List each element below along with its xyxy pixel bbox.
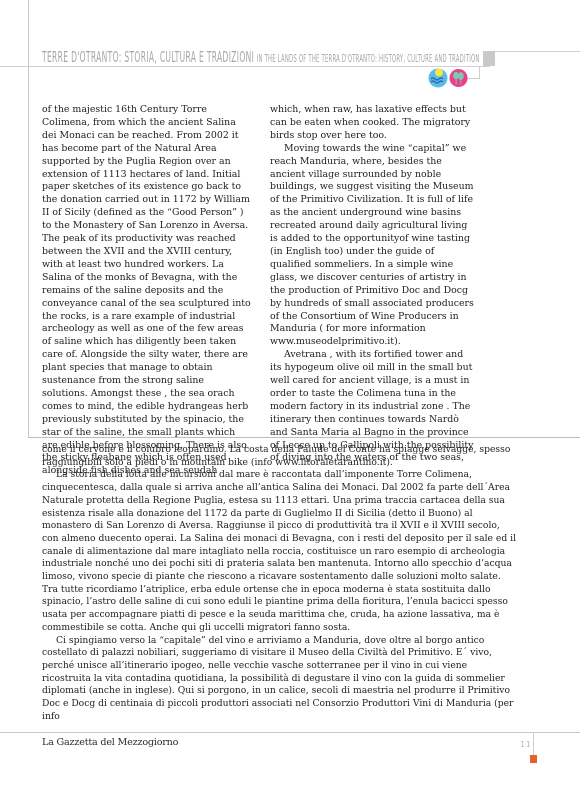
english-paragraph: of the majestic 16th Century Torre Colim… (42, 104, 252, 478)
header-title-english: IN THE LANDS OF THE TERRA D'OTRANTO: HIS… (257, 53, 480, 65)
sea-waves-icon (428, 68, 448, 88)
publication-name: La Gazzetta del Mezzogiorno (42, 737, 178, 748)
page-marker-square (530, 755, 537, 763)
footer-rule (0, 732, 580, 733)
header-gray-block (483, 51, 495, 66)
italian-paragraph: Ci spingiamo verso la “capitale” del vin… (42, 635, 517, 724)
section-divider (28, 437, 580, 438)
header-rule (0, 66, 490, 67)
english-column-right: which, when raw, has laxative effects bu… (270, 104, 475, 465)
header-title-italian: TERRE D'OTRANTO: STORIA, CULTURA E TRADI… (42, 48, 254, 66)
italian-article: come il cervone e il colubro leopardino.… (42, 444, 517, 723)
english-paragraph: Moving towards the wine “capital” we rea… (270, 143, 475, 350)
italian-paragraph: La storia della lotta alle incursioni da… (42, 469, 517, 634)
page-number: 11 (520, 740, 532, 749)
page-number-rule (533, 733, 534, 755)
icon-bracket-vertical (479, 67, 480, 78)
running-header: TERRE D'OTRANTO: STORIA, CULTURA E TRADI… (42, 50, 580, 66)
trees-icon (449, 68, 468, 88)
header-right-rule (495, 51, 580, 52)
english-paragraph: which, when raw, has laxative effects bu… (270, 104, 475, 143)
english-column-left: of the majestic 16th Century Torre Colim… (42, 104, 252, 478)
italian-paragraph: come il cervone e il colubro leopardino.… (42, 444, 517, 469)
